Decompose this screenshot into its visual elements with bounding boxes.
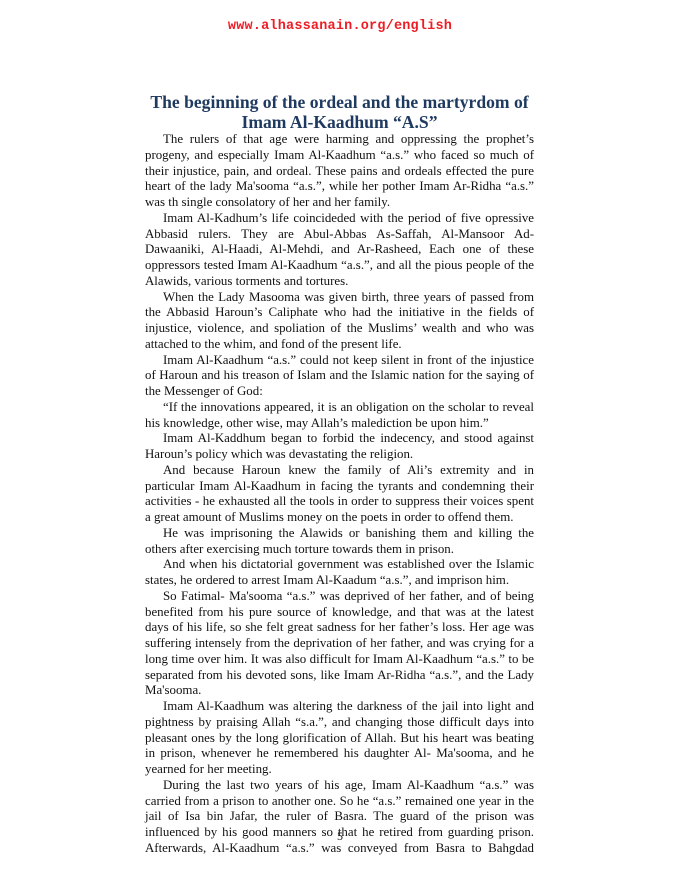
paragraph-7: And because Haroun knew the family of Al…: [145, 463, 534, 526]
paragraph-3: When the Lady Masooma was given birth, t…: [145, 290, 534, 353]
paragraph-6: Imam Al-Kaddhum began to forbid the inde…: [145, 431, 534, 463]
title-line-1: The beginning of the ordeal and the mart…: [150, 92, 528, 112]
site-url-header: www.alhassanain.org/english: [0, 19, 680, 34]
paragraph-10: So Fatimal- Ma'sooma “a.s.” was deprived…: [145, 589, 534, 699]
paragraph-4: Imam Al-Kaadhum “a.s.” could not keep si…: [145, 353, 534, 400]
document-body: The beginning of the ordeal and the mart…: [145, 92, 534, 857]
page-number: 5: [0, 829, 680, 844]
paragraph-12: During the last two years of his age, Im…: [145, 778, 534, 857]
title-line-2: Imam Al-Kaadhum “A.S”: [241, 112, 437, 132]
paragraph-11: Imam Al-Kaadhum was altering the darknes…: [145, 699, 534, 778]
page-title: The beginning of the ordeal and the mart…: [145, 92, 534, 132]
paragraph-8: He was imprisoning the Alawids or banish…: [145, 526, 534, 558]
paragraph-2: Imam Al-Kadhum’s life coincideded with t…: [145, 211, 534, 290]
paragraph-5-quote: “If the innovations appeared, it is an o…: [145, 400, 534, 432]
paragraph-9: And when his dictatorial government was …: [145, 557, 534, 589]
paragraph-1: The rulers of that age were harming and …: [145, 132, 534, 211]
